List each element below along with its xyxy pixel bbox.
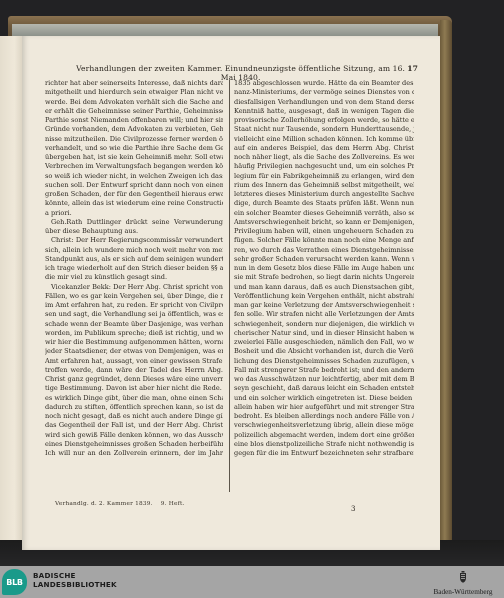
text-line: Kenntniß hatte, ausgesagt, daß in wenige… (234, 107, 414, 116)
text-line: das Gegentheil der Fall ist, und der Her… (45, 421, 223, 430)
text-line: auf ein anderes Beispiel, das dem Herrn … (234, 144, 414, 153)
text-line: Vicekanzler Bekk: Der Herr Abg. Christ s… (45, 283, 223, 292)
text-line: man gar keine Verletzung der Amtsverschw… (234, 301, 414, 310)
blb-logo-icon: BLB (2, 569, 27, 595)
text-line: Privilegium haben will, einen ungeheuern… (234, 227, 414, 236)
text-line: a priori. (45, 209, 223, 218)
text-line: lichung des Dienstgeheimnisses Schaden z… (234, 357, 414, 366)
text-line: polizeilich abgemacht werden, indem dort… (234, 431, 414, 440)
text-line: so weiß ich wieder nicht, in welchen Zwe… (45, 172, 223, 181)
text-line: großen Schaden, der für den Gegentheil h… (45, 190, 223, 199)
baden-wuerttemberg-logo: Baden-Württemberg (423, 568, 503, 598)
text-line: schwiegenheit, sondern nur diejenigen, d… (234, 320, 414, 329)
text-line: gegen für die im Entwurf bezeichneten se… (234, 449, 414, 458)
page-number: 17 (407, 64, 418, 73)
text-line: wir hier die Bestimmung aufgenommen hätt… (45, 338, 223, 347)
text-line: Christ: Der Herr Regierungscommissär ver… (45, 236, 223, 245)
text-line: Fällen, wo es gar kein Vergehen sei, übe… (45, 292, 223, 301)
printer-signature: Verhandlg. d. 2. Kammer 1839. 9. Heft. (55, 501, 185, 507)
text-line: richter hat aber seinerseits Interesse, … (45, 79, 223, 88)
text-line: ein solcher Beamter dieses Geheimniß ver… (234, 209, 414, 218)
text-line: jeder Staatsdiener, der etwas von Demjen… (45, 347, 223, 356)
text-line: bedroht. Es bleiben allerdings noch ande… (234, 412, 414, 421)
text-line: verhandelt, und so wie die Parthie ihre … (45, 144, 223, 153)
text-line: fen solle. Wir strafen nicht alle Verlet… (234, 310, 414, 319)
text-line: Bosheit und die Absicht vorhanden ist, d… (234, 347, 414, 356)
text-line: schade wenn der Beamte über Dasjenige, w… (45, 320, 223, 329)
blb-logo-abbr: BLB (6, 578, 22, 587)
library-banner: BLB BADISCHE LANDESBIBLIOTHEK Baden-Würt… (0, 566, 504, 598)
running-head: Verhandlungen der zweiten Kammer. Einund… (62, 64, 418, 76)
book-cover-right-edge (440, 20, 452, 550)
text-line: verschwiegenheitsverletzung übrig, allei… (234, 421, 414, 430)
blb-logo-text: BADISCHE LANDESBIBLIOTHEK (33, 571, 117, 589)
signature-part: 9. Heft. (161, 501, 185, 507)
signature-text: Verhandlg. d. 2. Kammer 1839. (55, 501, 153, 507)
text-line: worden, im Publikum spreche; dieß ist ri… (45, 329, 223, 338)
right-text-column: 1835 abgeschlossen wurde. Hätte da ein B… (234, 79, 414, 458)
facing-page-edge (0, 36, 24, 546)
text-line: Fall mit strengerer Strafe bedroht ist; … (234, 366, 414, 375)
text-line: ren, wo durch das Verrathen eines Dienst… (234, 246, 414, 255)
text-line: diesfallsigen Verhandlungen und von dem … (234, 98, 414, 107)
sheet-number: 3 (351, 505, 355, 513)
text-line: suchen soll. Der Entwurf spricht dann no… (45, 181, 223, 190)
column-divider (229, 80, 230, 492)
text-line: 1835 abgeschlossen wurde. Hätte da ein B… (234, 79, 414, 88)
text-line: dadurch zu stiften, öffentlich sprechen … (45, 403, 223, 412)
text-line: seyn geschieht, daß daraus leicht ein Sc… (234, 384, 414, 393)
text-line: nun in dem Gesetz blos diese Fälle im Au… (234, 264, 414, 273)
text-line: zweierlei Fälle ausgeschieden, nämlich d… (234, 338, 414, 347)
text-line: tige Bestimmung. Davon ist aber hier nic… (45, 384, 223, 393)
text-line: provisorische Zollerhöhung erfolgen werd… (234, 116, 414, 125)
text-line: Parthie sonst Niemanden offenbaren will;… (45, 116, 223, 125)
text-line: ich trage wiederholt auf den Strich dies… (45, 264, 223, 273)
text-line: noch näher liegt, als die Sache des Zoll… (234, 153, 414, 162)
text-line: und ein solcher wirklich eingetreten ist… (234, 394, 414, 403)
text-line: cherischer Natur sind, und in dieser Hin… (234, 329, 414, 338)
baden-wuerttemberg-text: Baden-Württemberg (423, 588, 503, 596)
scan-viewer: Verhandlungen der zweiten Kammer. Einund… (0, 0, 504, 566)
text-line: sich, allein ich wundere mich noch weit … (45, 246, 223, 255)
text-line: Standpunkt aus, als er sich auf dem sein… (45, 255, 223, 264)
text-line: wo das Ausschwätzen nur leichtfertig, ab… (234, 375, 414, 384)
text-line: legium für ein Fabrikgeheimniß zu erlang… (234, 172, 414, 181)
text-line: mitgetheilt und hierdurch sein etwaiger … (45, 88, 223, 97)
text-line: letzteres dieses Ministerium durch anges… (234, 190, 414, 199)
text-line: Gründe vorhanden, dem Advokaten zu verbi… (45, 125, 223, 134)
text-line: Staat nicht nur Tausende, sondern Hunder… (234, 125, 414, 134)
text-line: es wirklich Dinge gibt, über die man, oh… (45, 394, 223, 403)
text-line: noch nicht gesagt, daß es nicht auch and… (45, 412, 223, 421)
text-line: sehr großer Schaden verursacht werden ka… (234, 255, 414, 264)
text-line: nisse mitzutheilen. Die Civilprozesse fe… (45, 135, 223, 144)
text-line: dige, durch Beamte des Staats prüfen läß… (234, 199, 414, 208)
text-line: Veröffentlichung kein Vergehen enthält, … (234, 292, 414, 301)
text-line: er erhält die Geheimnisse seiner Parthie… (45, 107, 223, 116)
text-line: könnte, allein das ist wiederum eine rei… (45, 199, 223, 208)
coat-of-arms-icon (459, 571, 467, 583)
text-line: Verbrechen im Verwaltungsfach begangen w… (45, 162, 223, 171)
text-line: eine blos dienstpolizeiliche Strafe nich… (234, 440, 414, 449)
text-line: wird sich gewiß Fälle denken können, wo … (45, 431, 223, 440)
text-line: sen und sagt, die Verhandlung sei ja öff… (45, 310, 223, 319)
text-line: über diese Behauptung aus. (45, 227, 223, 236)
text-line: werde. Bei dem Advokaten verhält sich di… (45, 98, 223, 107)
text-line: eines Dienstgeheimnisses großen Schaden … (45, 440, 223, 449)
page-block-top-edge (12, 24, 438, 36)
text-line: nanz-Ministeriums, der vermöge seines Di… (234, 88, 414, 97)
left-text-column: richter hat aber seinerseits Interesse, … (45, 79, 223, 458)
text-line: Amtsverschwiegenheit bricht, so kann er … (234, 218, 414, 227)
text-line: Christ ganz gegründet, denn Dieses wäre … (45, 375, 223, 384)
blb-line-1: BADISCHE (33, 571, 117, 580)
text-line: häufig Privilegien nachgesucht und, um e… (234, 162, 414, 171)
text-line: die mir viel zu künstlich gesagt sind. (45, 273, 223, 282)
text-line: fügen. Solcher Fälle könnte man noch ein… (234, 236, 414, 245)
text-line: Amt erfahren hat, aussagt, von einer gew… (45, 357, 223, 366)
text-line: und man kann daraus, daß es auch Diensts… (234, 283, 414, 292)
text-line: übergeben hat, ist sie kein Geheimniß me… (45, 153, 223, 162)
text-line: Geh.Rath Duttlinger drückt seine Verwund… (45, 218, 223, 227)
text-line: vielleicht eine Million schaden können. … (234, 135, 414, 144)
text-line: im Amt erfahren hat, zu reden. Er sprich… (45, 301, 223, 310)
text-line: allein haben wir hier aufgeführt und mit… (234, 403, 414, 412)
text-line: rium des Innern das Geheimniß selbst mit… (234, 181, 414, 190)
text-line: troffen werde, dann wäre der Tadel des H… (45, 366, 223, 375)
text-line: Ich will nur an den Zollverein erinnern,… (45, 449, 223, 458)
text-line: sie mit Strafe bedrohen, so liegt darin … (234, 273, 414, 282)
blb-line-2: LANDESBIBLIOTHEK (33, 580, 117, 589)
